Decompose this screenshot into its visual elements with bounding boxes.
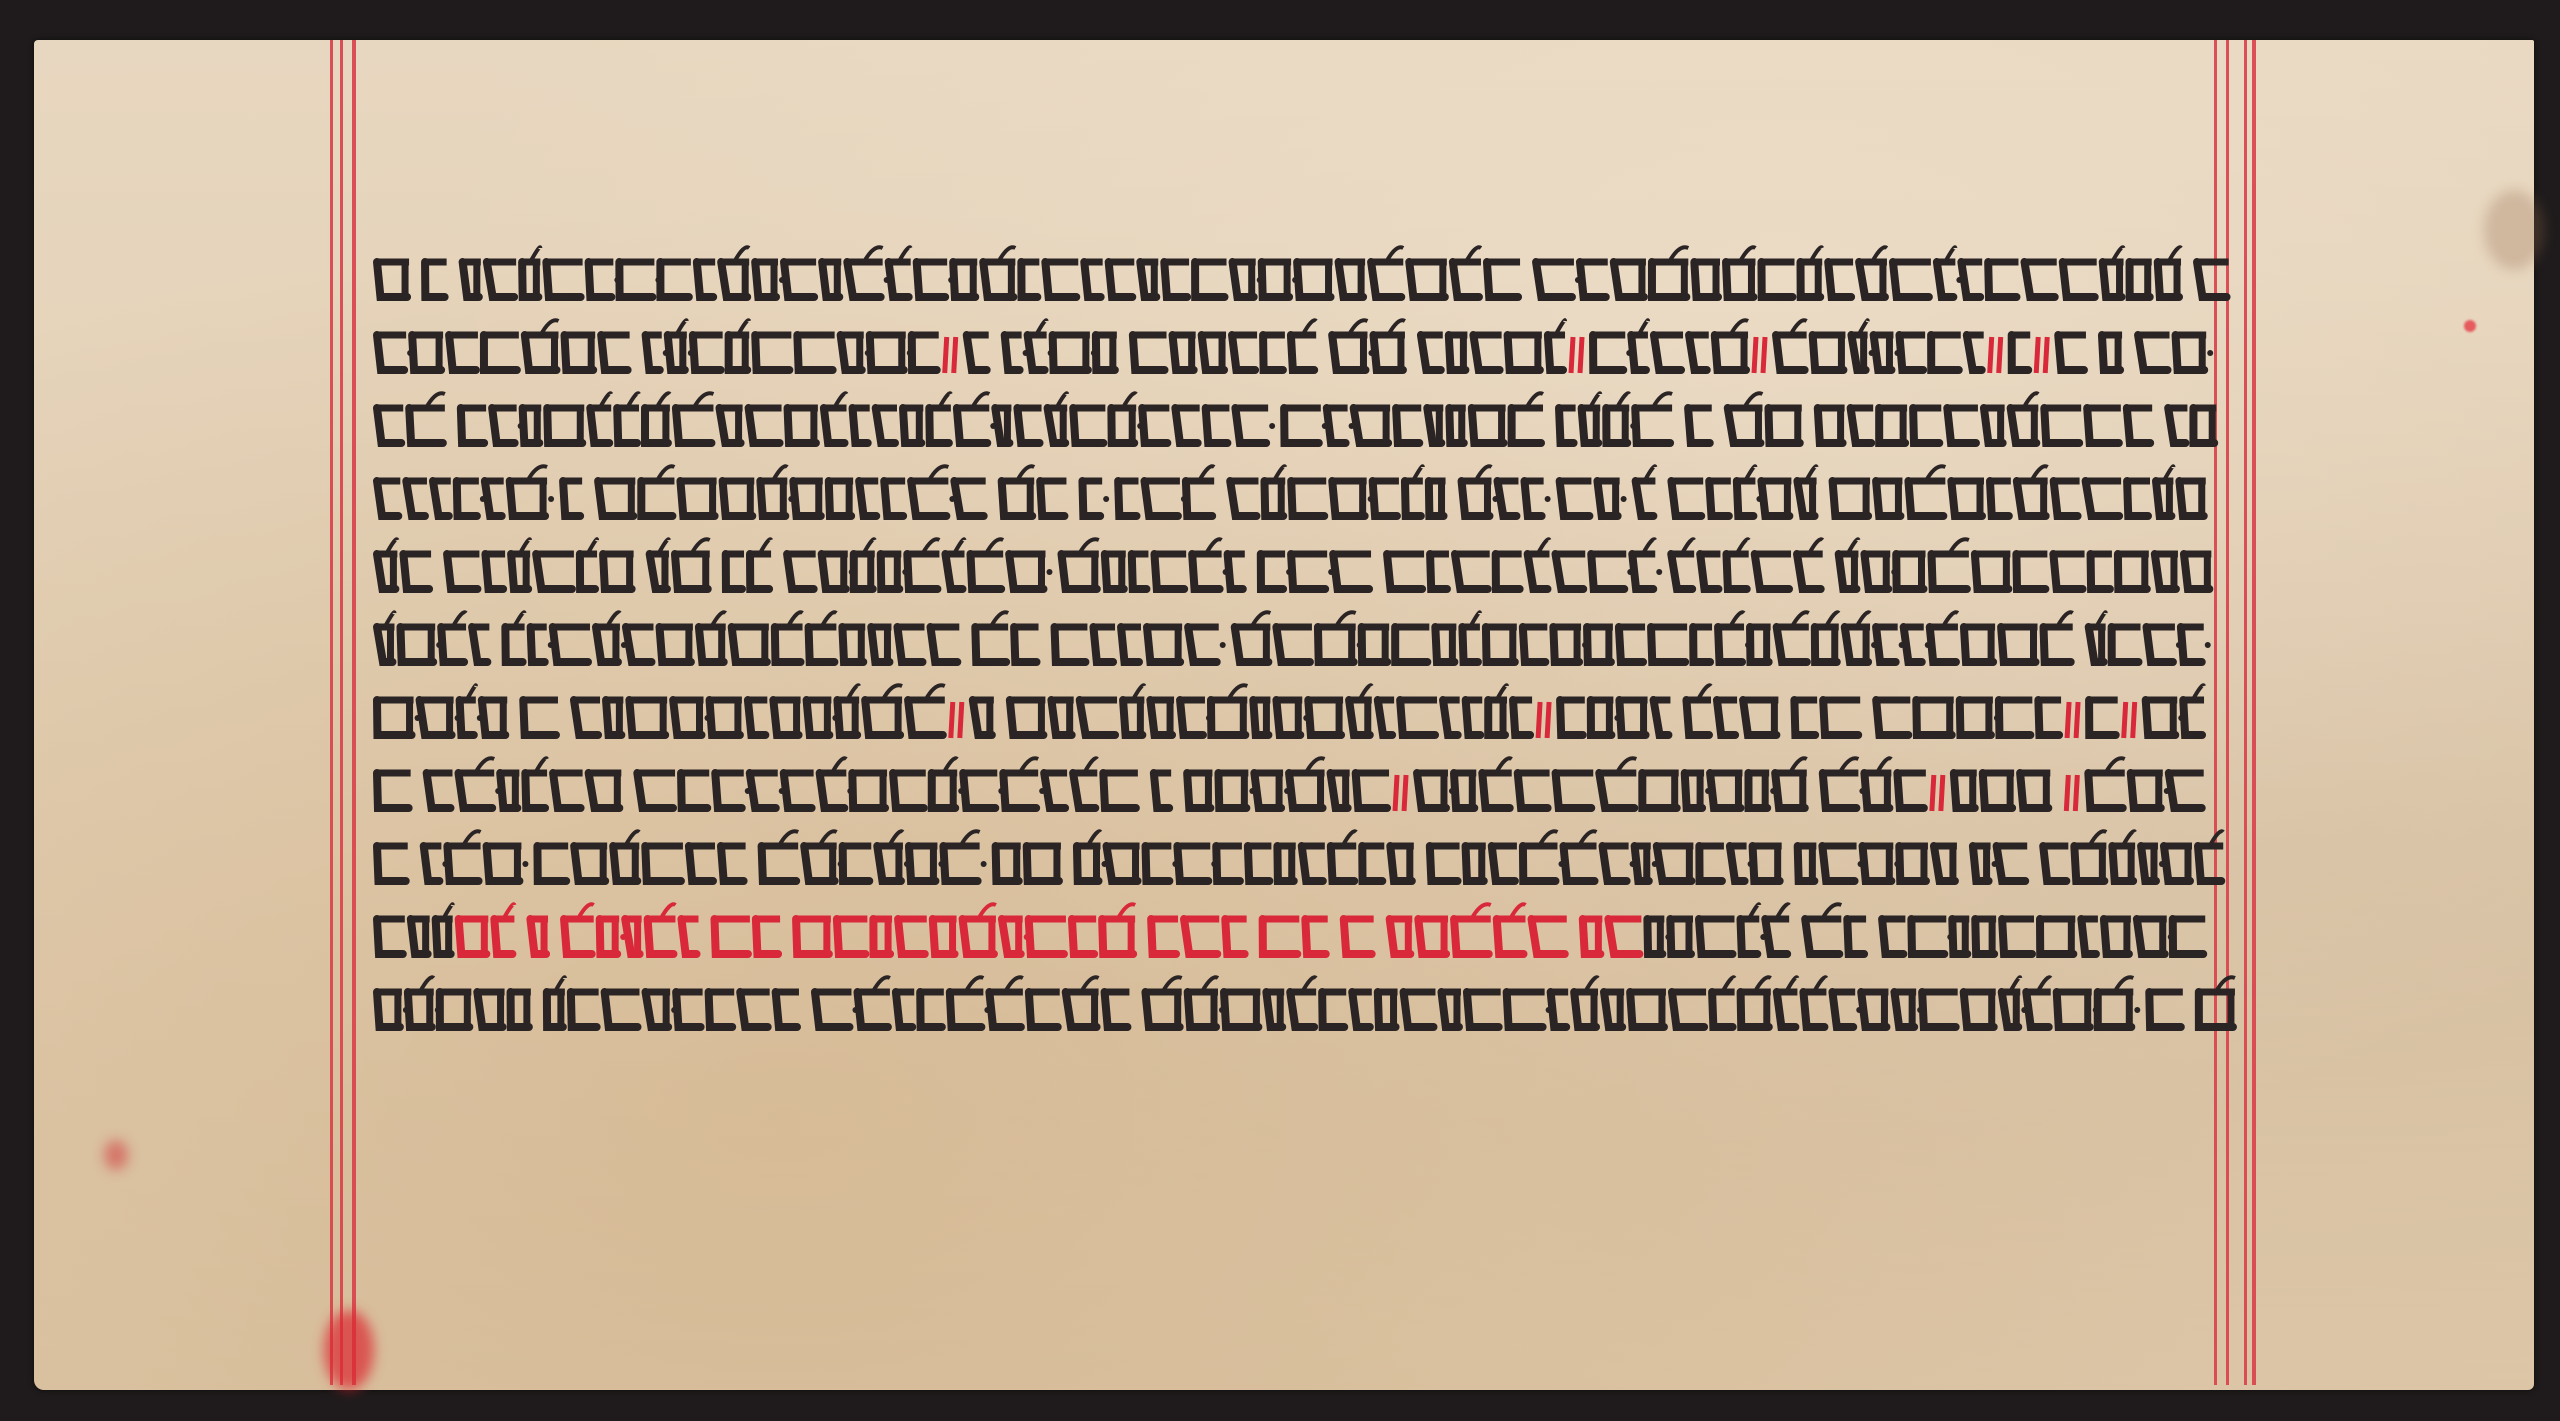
- manuscript-line: [375, 751, 2220, 824]
- right-margin-rule: [2244, 40, 2247, 1385]
- script-strokes: [375, 388, 2220, 458]
- manuscript-line: [375, 970, 2220, 1043]
- red-ink-smudge: [324, 1310, 374, 1390]
- manuscript-line: [375, 313, 2220, 386]
- manuscript-line: [375, 459, 2220, 532]
- script-strokes: [375, 680, 2220, 750]
- manuscript-line: [375, 240, 2220, 313]
- script-strokes: [375, 315, 2220, 385]
- right-margin-rule: [2226, 40, 2229, 1385]
- left-margin-rule: [352, 40, 356, 1385]
- manuscript-line: [375, 824, 2220, 897]
- right-margin-rule: [2252, 40, 2256, 1385]
- script-strokes: [375, 461, 2220, 531]
- manuscript-line: [375, 532, 2220, 605]
- red-ink-spot: [104, 1140, 128, 1170]
- script-strokes: [375, 534, 2220, 604]
- red-ink-spot: [2464, 320, 2476, 332]
- manuscript-line: [375, 386, 2220, 459]
- manuscript-line: [375, 678, 2220, 751]
- left-margin-rule: [340, 40, 343, 1385]
- manuscript-line: [375, 897, 2220, 970]
- text-block: [375, 240, 2220, 1043]
- script-strokes: [375, 753, 2220, 823]
- manuscript-line: [375, 605, 2220, 678]
- script-strokes: [375, 899, 2220, 969]
- script-strokes: [375, 607, 2220, 677]
- stain: [2484, 190, 2544, 270]
- script-strokes: [375, 826, 2220, 896]
- left-margin-rule: [330, 40, 333, 1385]
- script-strokes: [375, 242, 2220, 312]
- script-strokes: [375, 972, 2220, 1042]
